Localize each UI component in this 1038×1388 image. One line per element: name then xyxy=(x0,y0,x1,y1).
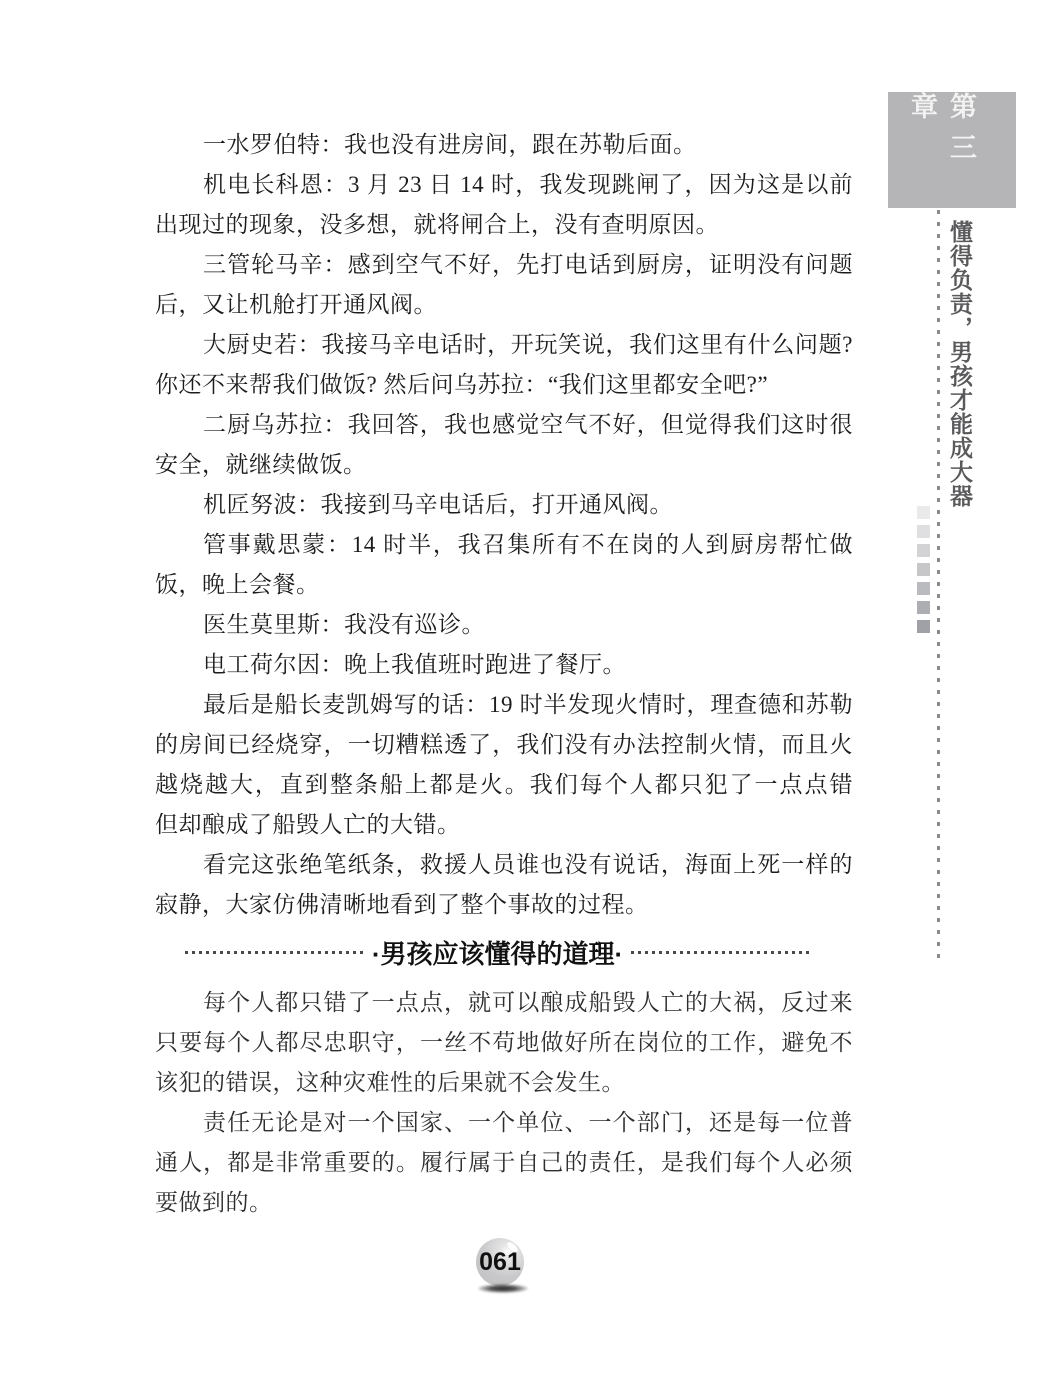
gradient-square xyxy=(917,620,930,633)
lesson-text: 每个人都只错了一点点，就可以酿成船毁人亡的大祸，反过来 只要每个人都尽忠职守，一… xyxy=(155,983,853,1223)
text-line: 出现过的现象，没多想，就将闸合上，没有查明原因。 xyxy=(155,205,853,245)
text-line: 只要每个人都尽忠职守，一丝不苟地做好所在岗位的工作，避免不 xyxy=(155,1023,853,1063)
text-line: 要做到的。 xyxy=(155,1183,853,1223)
chapter-number-box: 第三章 xyxy=(888,92,1016,208)
gradient-square xyxy=(917,563,930,576)
header-dash-left xyxy=(185,951,364,954)
text-line: 大厨史若：我接马辛电话时，开玩笑说，我们这里有什么问题? xyxy=(155,325,853,365)
page-number-shadow xyxy=(478,1284,528,1293)
text-line: 最后是船长麦凯姆写的话：19 时半发现火情时，理查德和苏勒 xyxy=(155,685,853,725)
text-line: 责任无论是对一个国家、一个单位、一个部门，还是每一位普 xyxy=(155,1103,853,1143)
text-line: 通人，都是非常重要的。履行属于自己的责任，是我们每个人必须 xyxy=(155,1143,853,1183)
gradient-square xyxy=(917,582,930,595)
text-line: 一水罗伯特：我也没有进房间，跟在苏勒后面。 xyxy=(155,125,853,165)
text-line: 机电长科恩：3 月 23 日 14 时，我发现跳闸了，因为这是以前也 xyxy=(155,165,853,205)
gradient-squares xyxy=(917,506,930,639)
text-line: 医生莫里斯：我没有巡诊。 xyxy=(155,605,853,645)
text-line: 但却酿成了船毁人亡的大错。 xyxy=(155,805,853,845)
text-line: 三管轮马辛：感到空气不好，先打电话到厨房，证明没有问题 xyxy=(155,245,853,285)
text-line: 机匠努波：我接到马辛电话后，打开通风阀。 xyxy=(155,485,853,525)
text-line: 安全，就继续做饭。 xyxy=(155,445,853,485)
sidebar-dashed-line xyxy=(937,210,940,960)
gradient-square xyxy=(917,544,930,557)
text-line: 的房间已经烧穿，一切糟糕透了，我们没有办法控制火情，而且火 xyxy=(155,725,853,765)
page-number-badge: 061 xyxy=(476,1238,524,1286)
chapter-title-vertical: 懂得负责，男孩才能成大器 xyxy=(944,220,977,510)
chapter-number-label: 第三章 xyxy=(903,92,981,208)
text-line: 管事戴思蒙：14 时半，我召集所有不在岗的人到厨房帮忙做 xyxy=(155,525,853,565)
gradient-square xyxy=(917,506,930,519)
gradient-square xyxy=(917,601,930,614)
text-line: 饭，晚上会餐。 xyxy=(155,565,853,605)
lesson-header: ·男孩应该懂得的道理· xyxy=(185,932,810,972)
text-line: 每个人都只错了一点点，就可以酿成船毁人亡的大祸，反过来 xyxy=(155,983,853,1023)
text-line: 你还不来帮我们做饭? 然后问乌苏拉：“我们这里都安全吧?” xyxy=(155,365,853,405)
lesson-header-title: ·男孩应该懂得的道理· xyxy=(372,934,623,971)
text-line: 越烧越大，直到整条船上都是火。我们每个人都只犯了一点点错误， xyxy=(155,765,853,805)
gradient-square xyxy=(917,525,930,538)
body-text: 一水罗伯特：我也没有进房间，跟在苏勒后面。 机电长科恩：3 月 23 日 14 … xyxy=(155,125,853,925)
text-line: 该犯的错误，这种灾难性的后果就不会发生。 xyxy=(155,1063,853,1103)
header-dash-right xyxy=(631,951,810,954)
text-line: 后，又让机舱打开通风阀。 xyxy=(155,285,853,325)
text-line: 二厨乌苏拉：我回答，我也感觉空气不好，但觉得我们这时很 xyxy=(155,405,853,445)
text-line: 看完这张绝笔纸条，救援人员谁也没有说话，海面上死一样的 xyxy=(155,845,853,885)
text-line: 寂静，大家仿佛清晰地看到了整个事故的过程。 xyxy=(155,885,853,925)
book-page: 第三章 懂得负责，男孩才能成大器 一水罗伯特：我也没有进房间，跟在苏勒后面。 机… xyxy=(0,0,1038,1388)
text-line: 电工荷尔因：晚上我值班时跑进了餐厅。 xyxy=(155,645,853,685)
